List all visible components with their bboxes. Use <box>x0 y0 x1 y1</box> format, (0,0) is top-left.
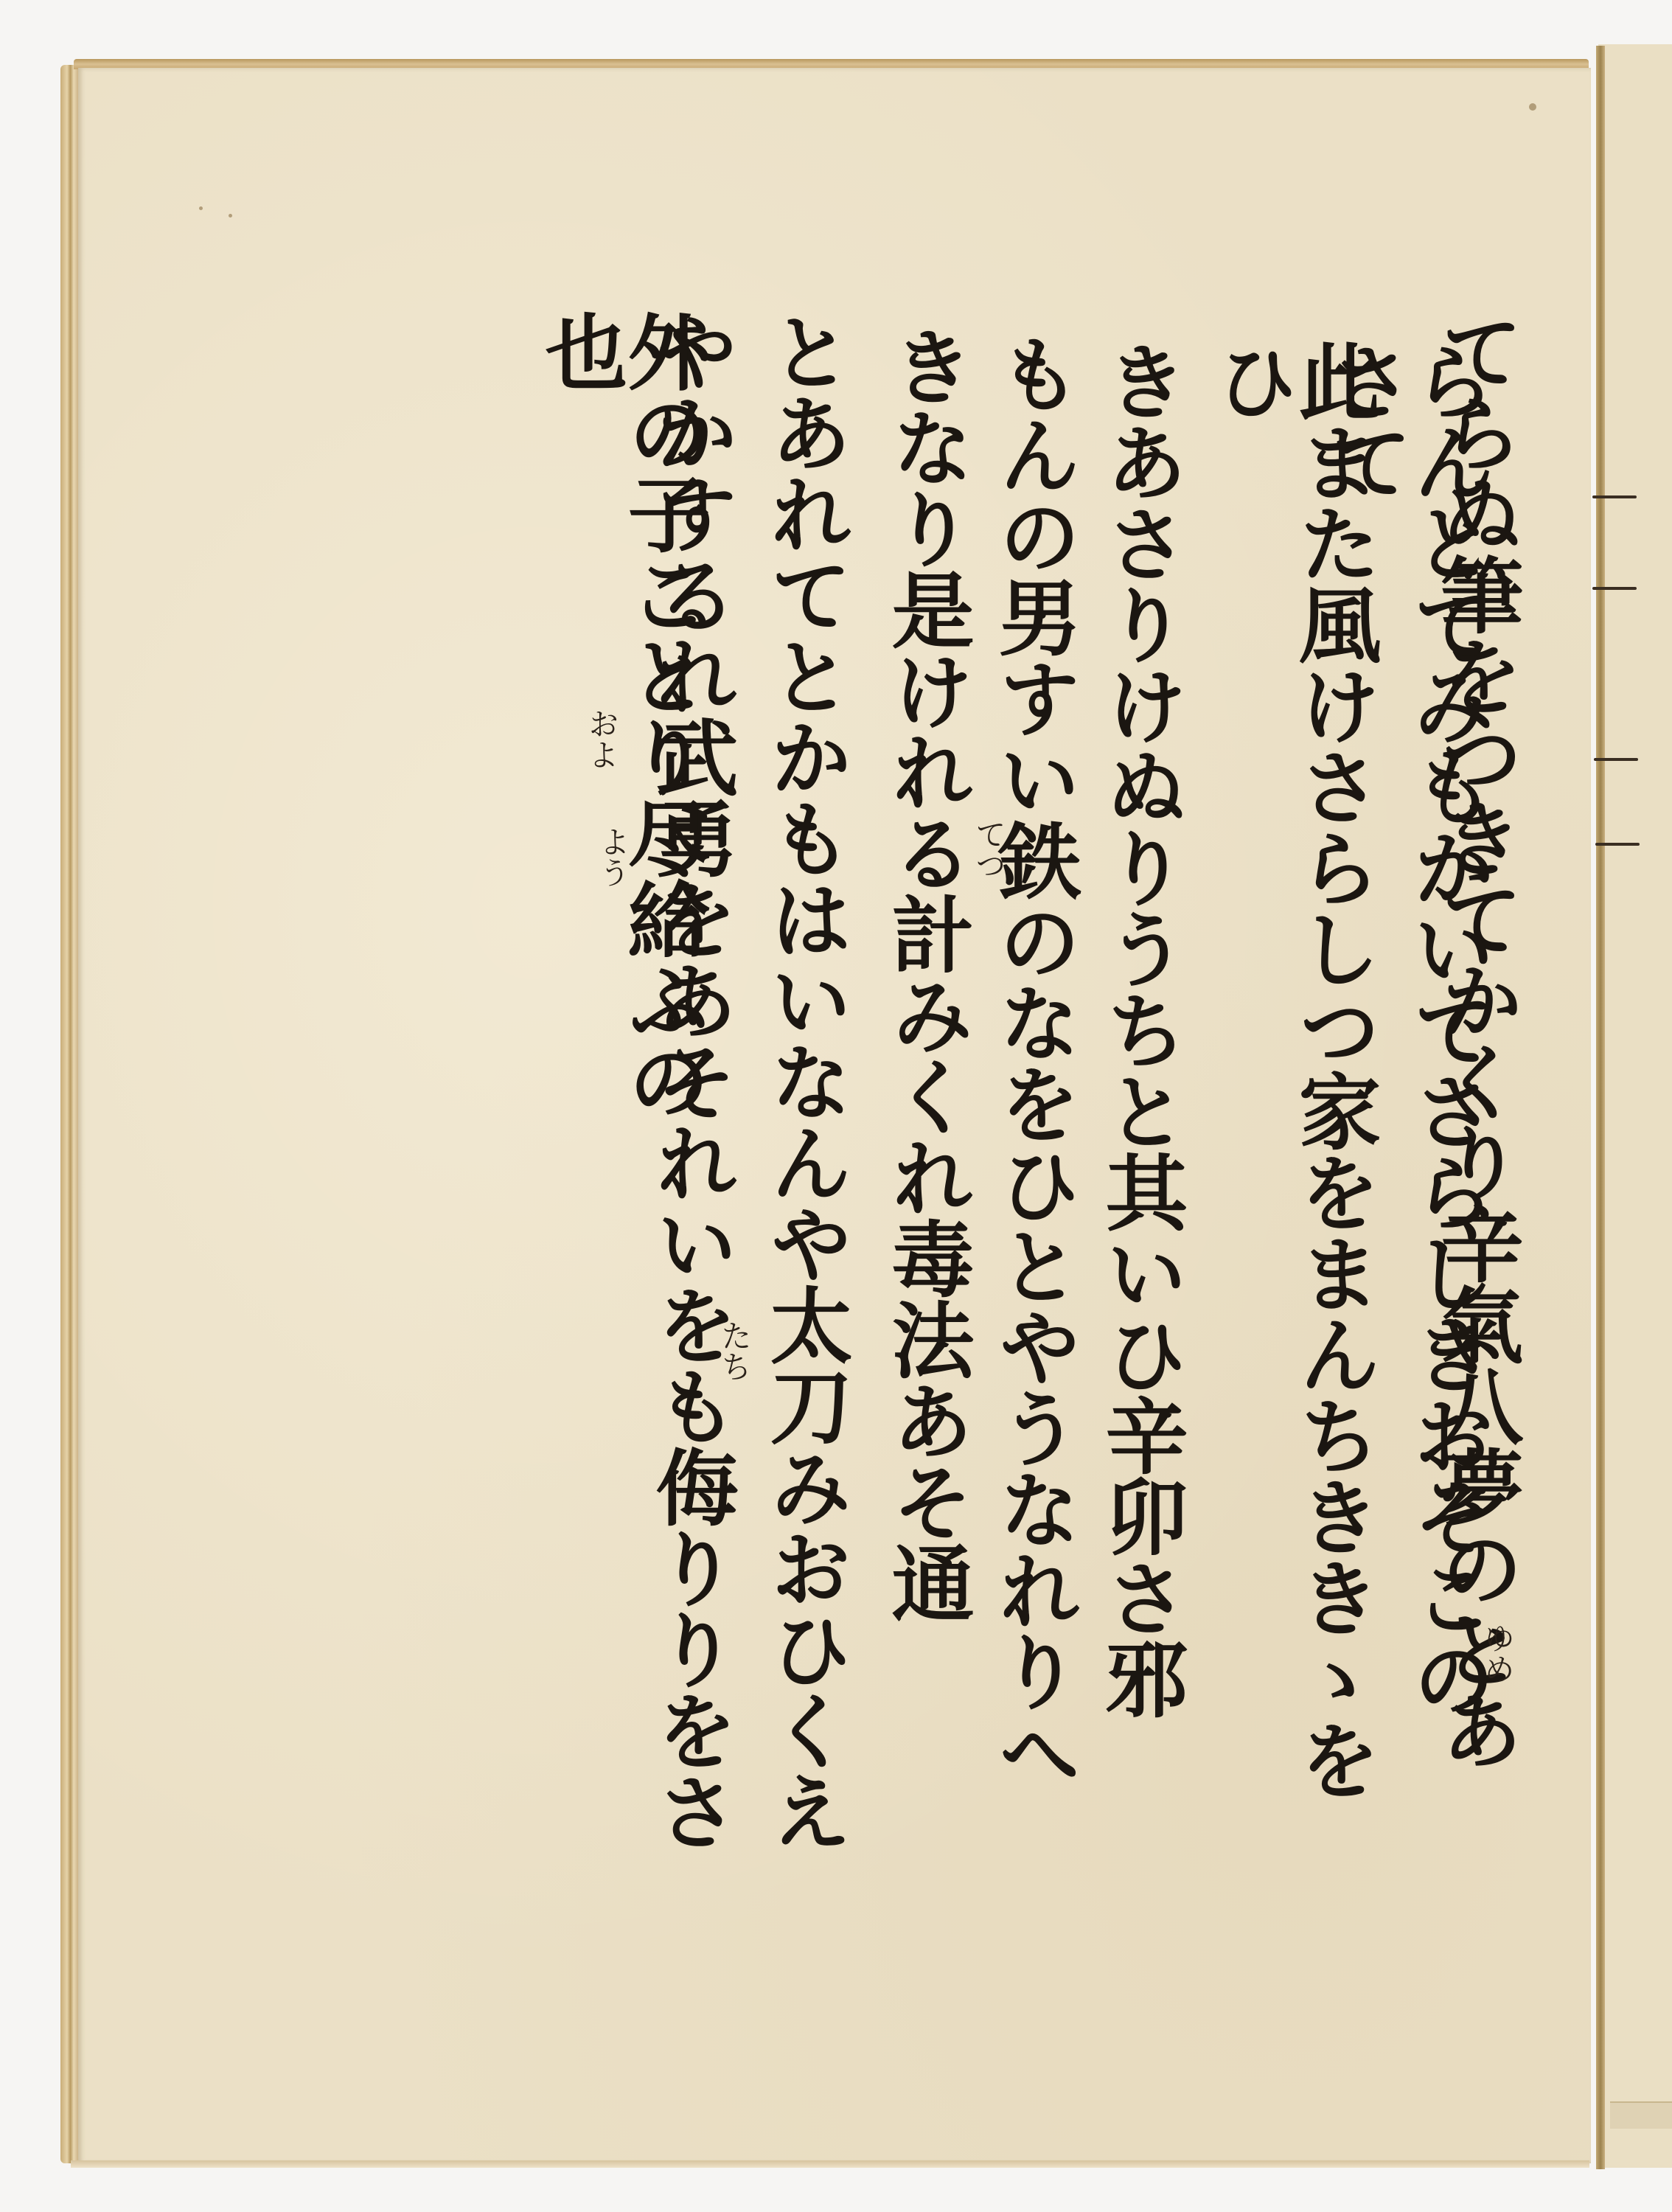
binding-stitch <box>1594 758 1638 761</box>
paper-speck <box>229 214 232 218</box>
text-column-3: 此また風けさらしつ家をまんちききゝをひ <box>1209 339 1374 1814</box>
text-column-7: とあれてとかもはいなんや太刀みおひくえ <box>763 310 846 1895</box>
ruby-gloss-you: よう <box>597 826 628 888</box>
ruby-gloss-yume: ゆめ <box>1482 1622 1513 1684</box>
ruby-gloss-tachi: たち <box>719 1320 750 1382</box>
paper-stain <box>1529 103 1536 111</box>
text-column-5: もんの男すい鉄のなをひとやうなれりへ <box>992 332 1074 1843</box>
text-column-6: きなり是けれる計みくれ毒法あそ通 <box>885 324 967 1799</box>
ruby-gloss-tetsu: てつ <box>973 818 1004 880</box>
page-bottom-edge <box>71 2160 1589 2168</box>
ruby-gloss-oyo: およ <box>586 708 617 770</box>
text-column-4: きあさりけぬりうちと其いひ辛卯さ邪 <box>1098 339 1181 1851</box>
next-page-bottom-edge <box>1610 2101 1672 2129</box>
binding-stitch <box>1592 495 1637 498</box>
binding-stitch <box>1592 587 1637 590</box>
paper-speck <box>199 206 203 210</box>
binding-fold <box>1596 46 1605 2169</box>
text-column-9: 外の子ことり尽給ふの也 <box>538 310 703 1194</box>
next-page-leaf <box>1598 44 1672 2168</box>
binding-stitch <box>1595 843 1640 846</box>
